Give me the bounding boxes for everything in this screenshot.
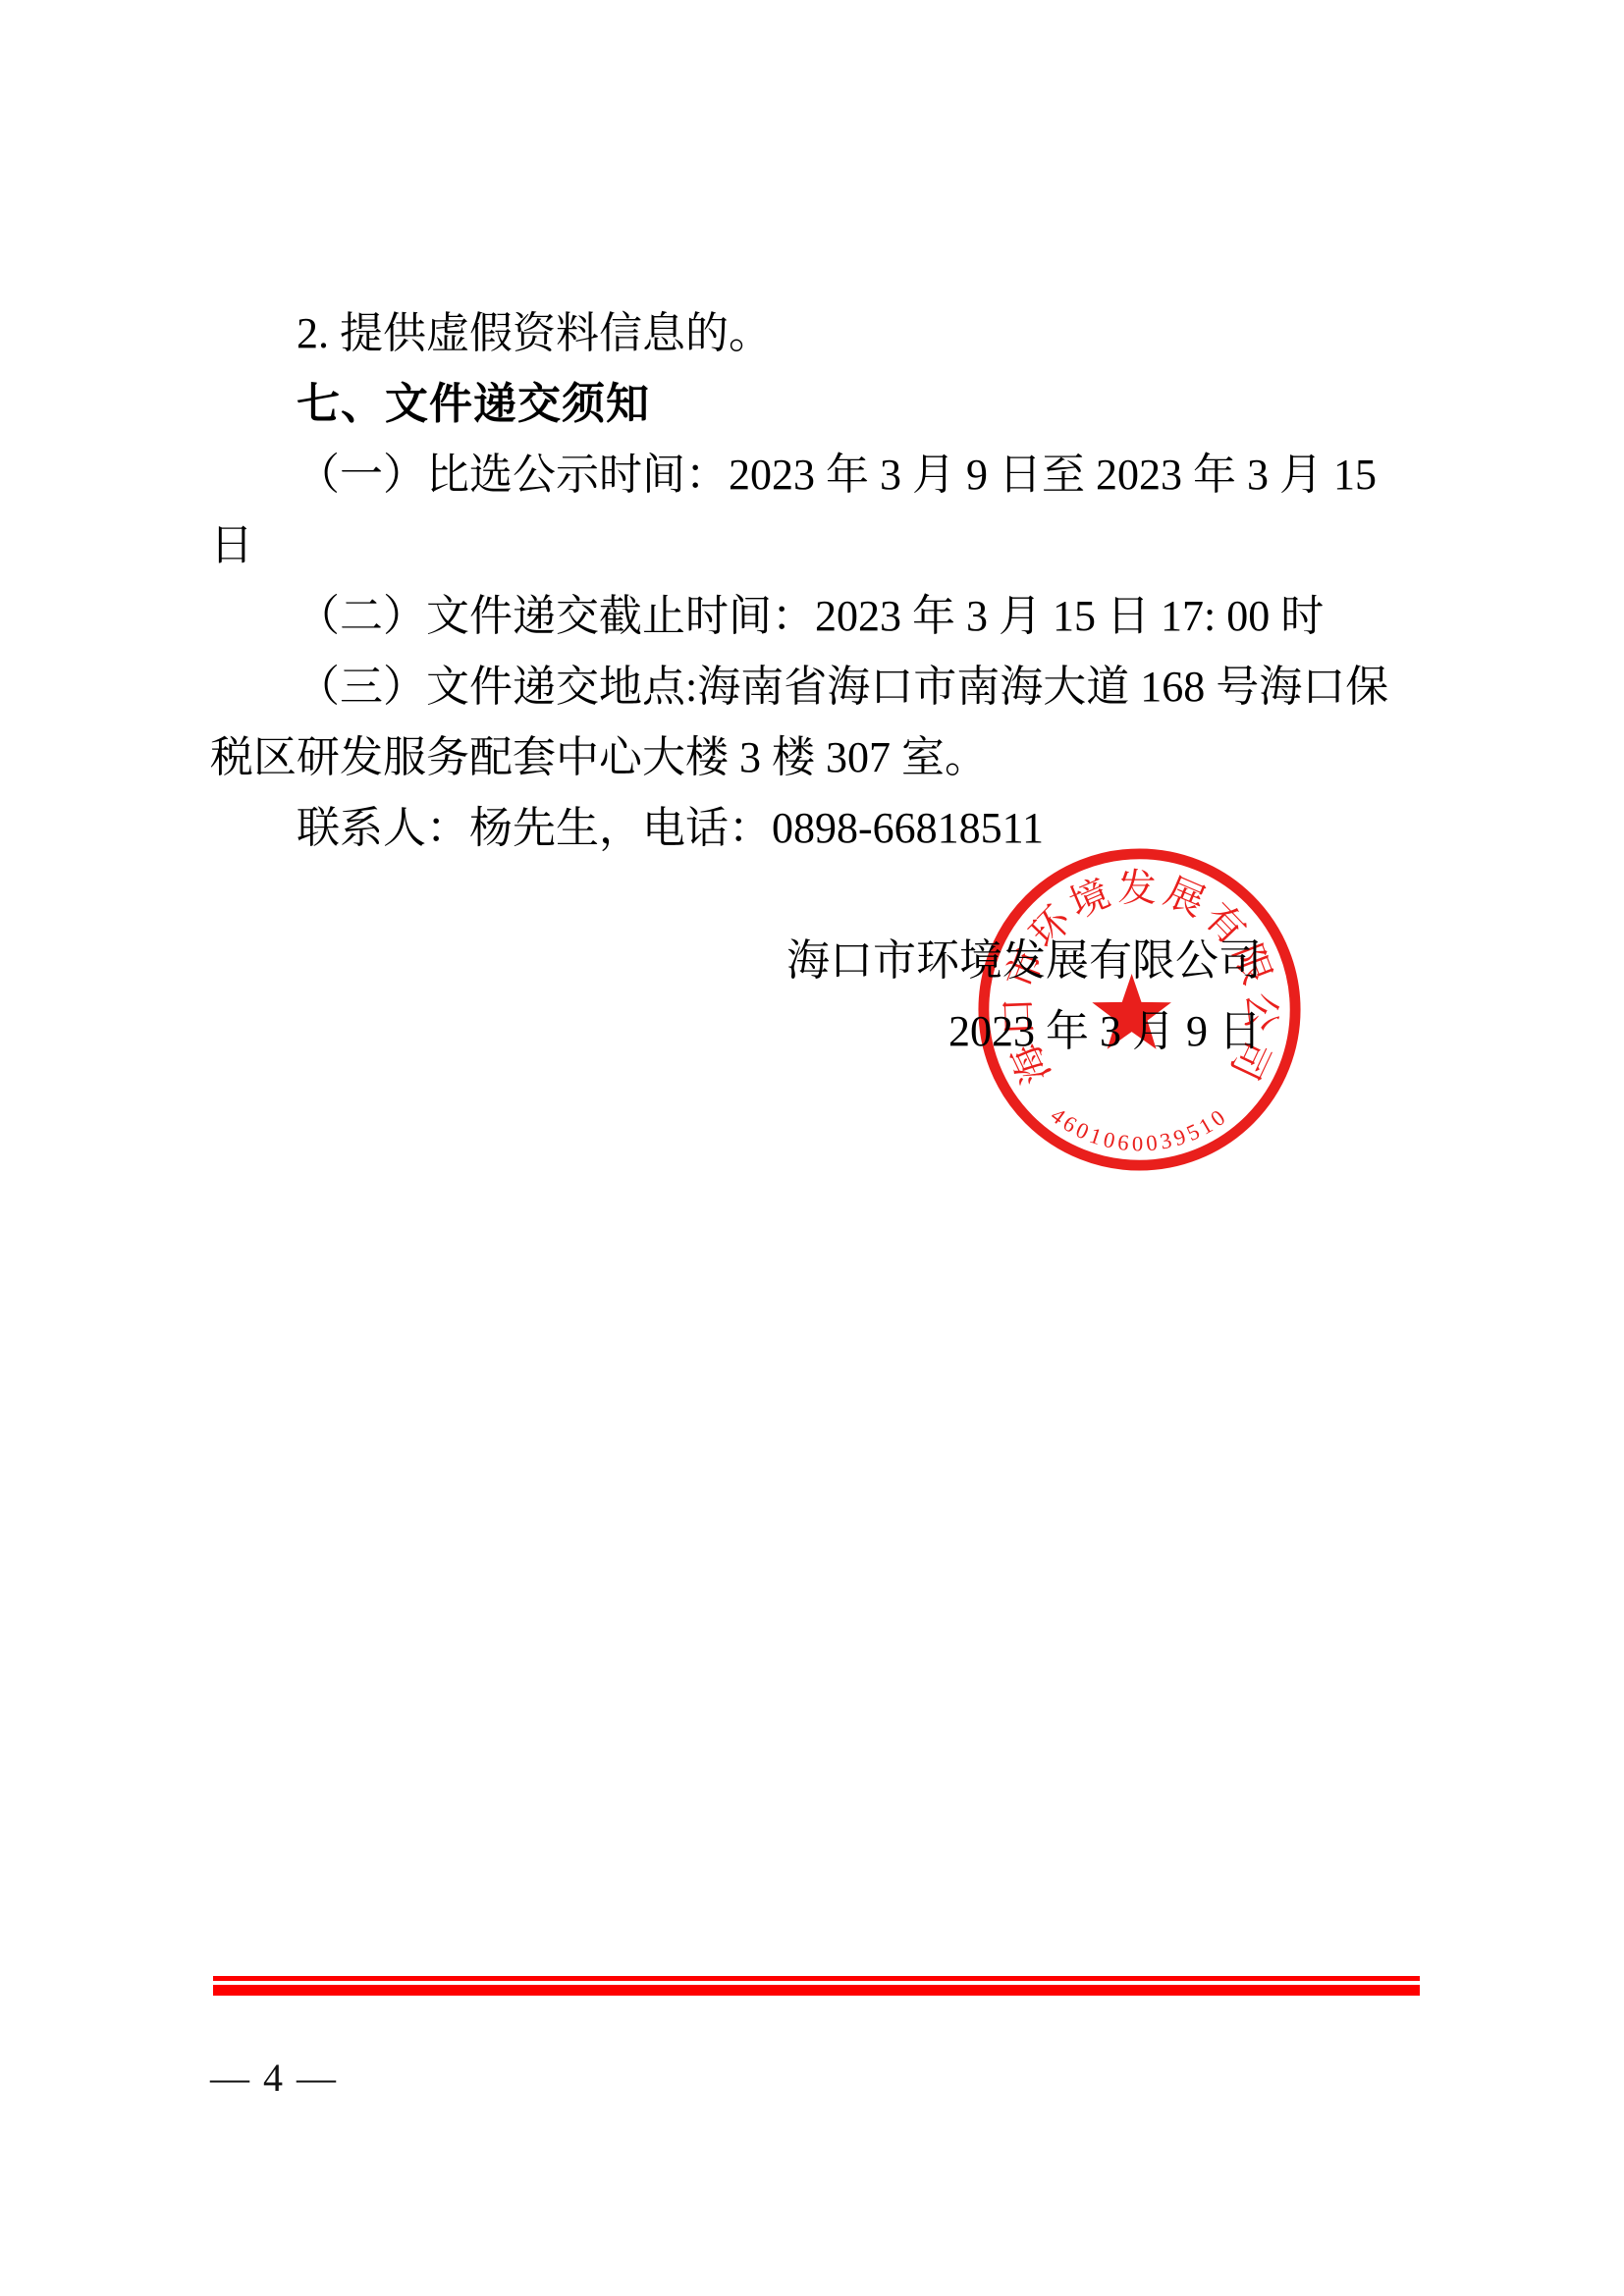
body-line-3: （一）比选公示时间：2023 年 3 月 9 日至 2023 年 3 月 15 bbox=[210, 440, 1443, 510]
body-line-7: 税区研发服务配套中心大楼 3 楼 307 室。 bbox=[210, 722, 1443, 793]
footer-rule-thin bbox=[213, 1976, 1420, 1981]
body-line-5: （二）文件递交截止时间：2023 年 3 月 15 日 17: 00 时 bbox=[210, 581, 1443, 652]
body-line-1: 2. 提供虚假资料信息的。 bbox=[210, 298, 1443, 369]
seal-arc-text: 海口市环境发展有限公司 bbox=[996, 867, 1282, 1091]
body-line-4: 日 bbox=[210, 510, 1443, 581]
company-seal-stamp: 海口市环境发展有限公司 4601060039510 bbox=[975, 845, 1304, 1174]
footer-rule-thick bbox=[213, 1985, 1420, 1996]
body-line-6: （三）文件递交地点:海南省海口市南海大道 168 号海口保 bbox=[210, 652, 1443, 722]
page-number: — 4 — bbox=[210, 2056, 338, 2101]
star-icon bbox=[1092, 974, 1171, 1049]
section-heading: 七、文件递交须知 bbox=[210, 369, 1443, 440]
document-page: 2. 提供虚假资料信息的。 七、文件递交须知 （一）比选公示时间：2023 年 … bbox=[0, 0, 1624, 2296]
